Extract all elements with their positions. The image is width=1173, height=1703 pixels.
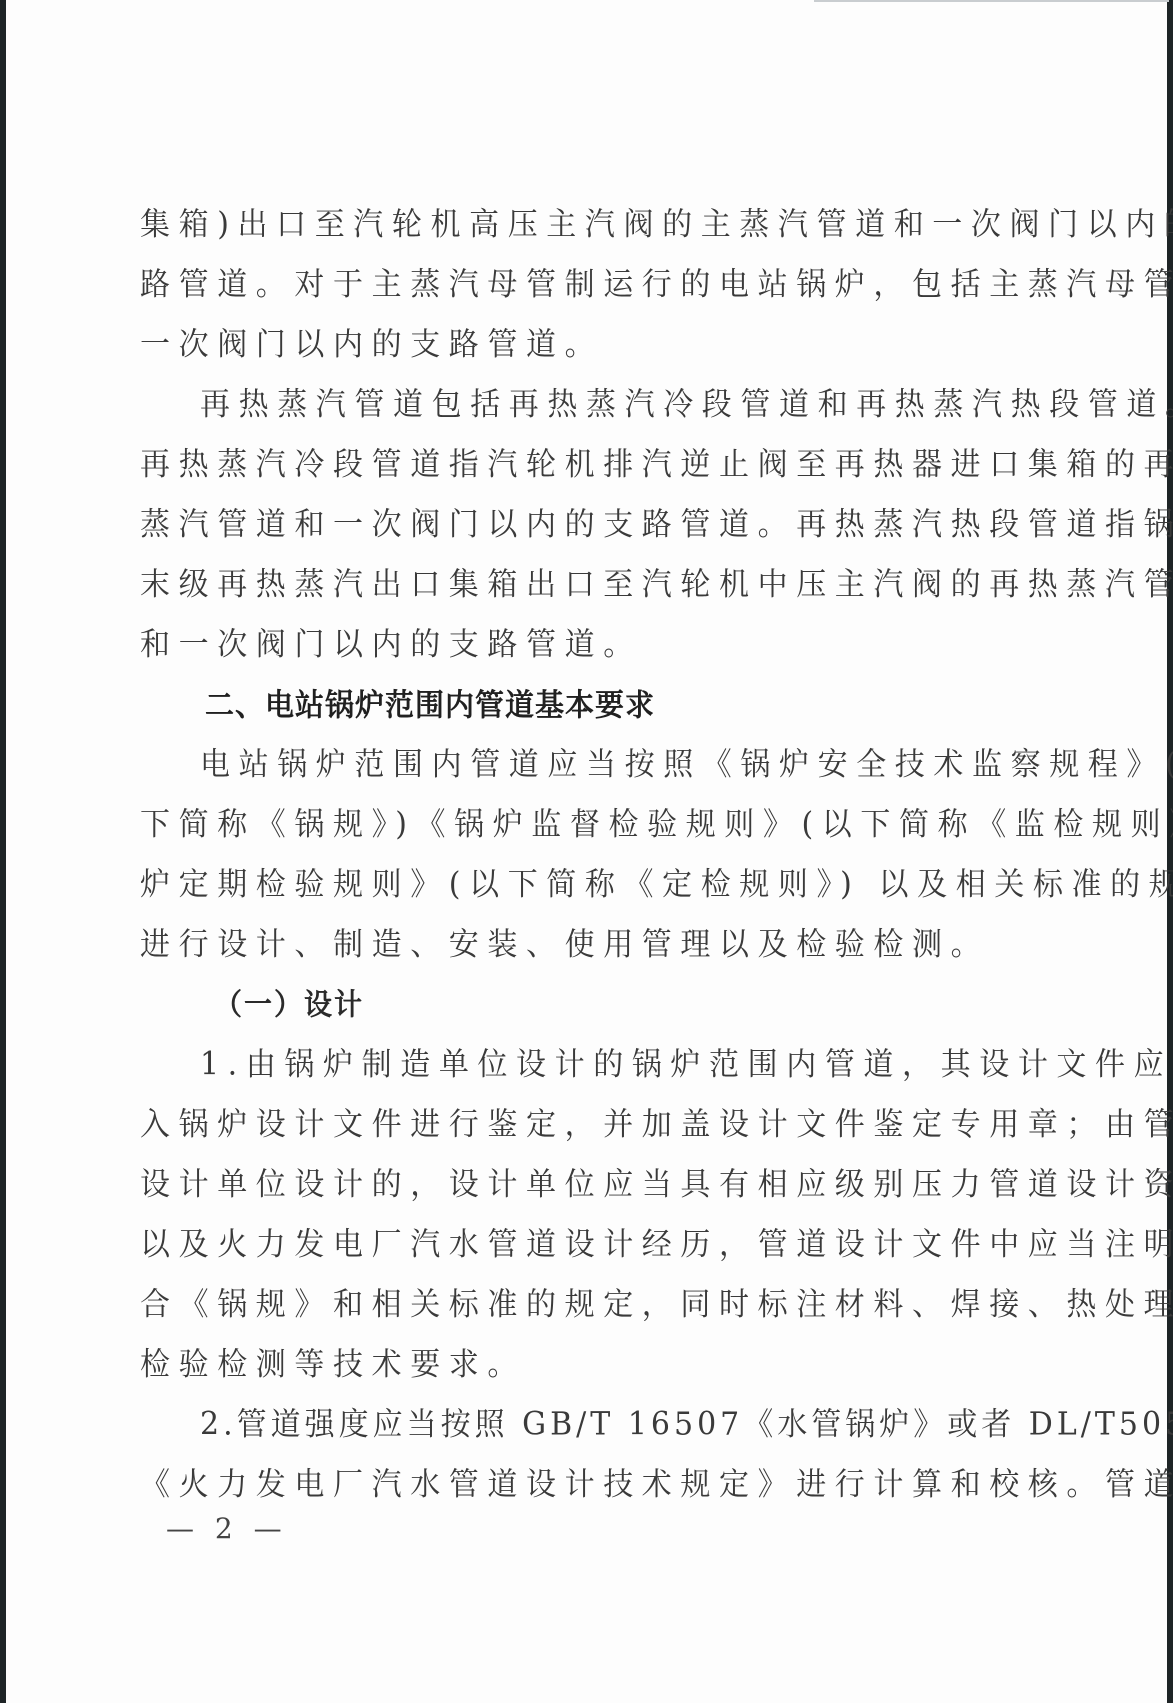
body-line: 设计单位设计的，设计单位应当具有相应级别压力管道设计资质 [140,1162,1060,1208]
body-line: 炉定期检验规则》(以下简称《定检规则》) 以及相关标准的规定 [140,862,1060,908]
body-line: 末级再热蒸汽出口集箱出口至汽轮机中压主汽阀的再热蒸汽管道 [140,562,1060,608]
body-line: 合《锅规》和相关标准的规定，同时标注材料、焊接、热处理、 [140,1282,1060,1328]
scan-edge-artifact [814,0,1169,2]
body-line: 路管道。对于主蒸汽母管制运行的电站锅炉，包括主蒸汽母管和 [140,262,1060,308]
body-line: 入锅炉设计文件进行鉴定，并加盖设计文件鉴定专用章；由管道 [140,1102,1060,1148]
paragraph-start-line: 1.由锅炉制造单位设计的锅炉范围内管道，其设计文件应当纳 [140,1042,1060,1088]
body-line: 进行设计、制造、安装、使用管理以及检验检测。 [140,922,1060,968]
body-line: 再热蒸汽冷段管道指汽轮机排汽逆止阀至再热器进口集箱的再热 [140,442,1060,488]
section-heading: 二、电站锅炉范围内管道基本要求 [140,682,1125,728]
body-line: 以及火力发电厂汽水管道设计经历，管道设计文件中应当注明符 [140,1222,1060,1268]
paragraph-start-line: 电站锅炉范围内管道应当按照《锅炉安全技术监察规程》(以 [140,742,1060,788]
subsection-heading: （一）设计 [140,982,1134,1028]
body-line: 《火力发电厂汽水管道设计技术规定》进行计算和校核。管道元 [140,1462,1060,1508]
paragraph-start-line: 再热蒸汽管道包括再热蒸汽冷段管道和再热蒸汽热段管道。 [140,382,1060,428]
body-line: 检验检测等技术要求。 [140,1342,1060,1388]
body-line: 集箱)出口至汽轮机高压主汽阀的主蒸汽管道和一次阀门以内的支 [140,202,1060,248]
body-line: 和一次阀门以内的支路管道。 [140,622,1060,668]
body-line: 一次阀门以内的支路管道。 [140,322,1060,368]
document-page: 集箱)出口至汽轮机高压主汽阀的主蒸汽管道和一次阀门以内的支 路管道。对于主蒸汽母… [6,0,1167,1703]
paragraph-start-line: 2.管道强度应当按照 GB/T 16507《水管锅炉》或者 DL/T5054 [140,1402,1060,1448]
body-line: 下简称《锅规》)《锅炉监督检验规则》(以下简称《监检规则》)《锅 [140,802,1060,848]
page-number: — 2 — [166,1512,288,1545]
body-line: 蒸汽管道和一次阀门以内的支路管道。再热蒸汽热段管道指锅炉 [140,502,1060,548]
